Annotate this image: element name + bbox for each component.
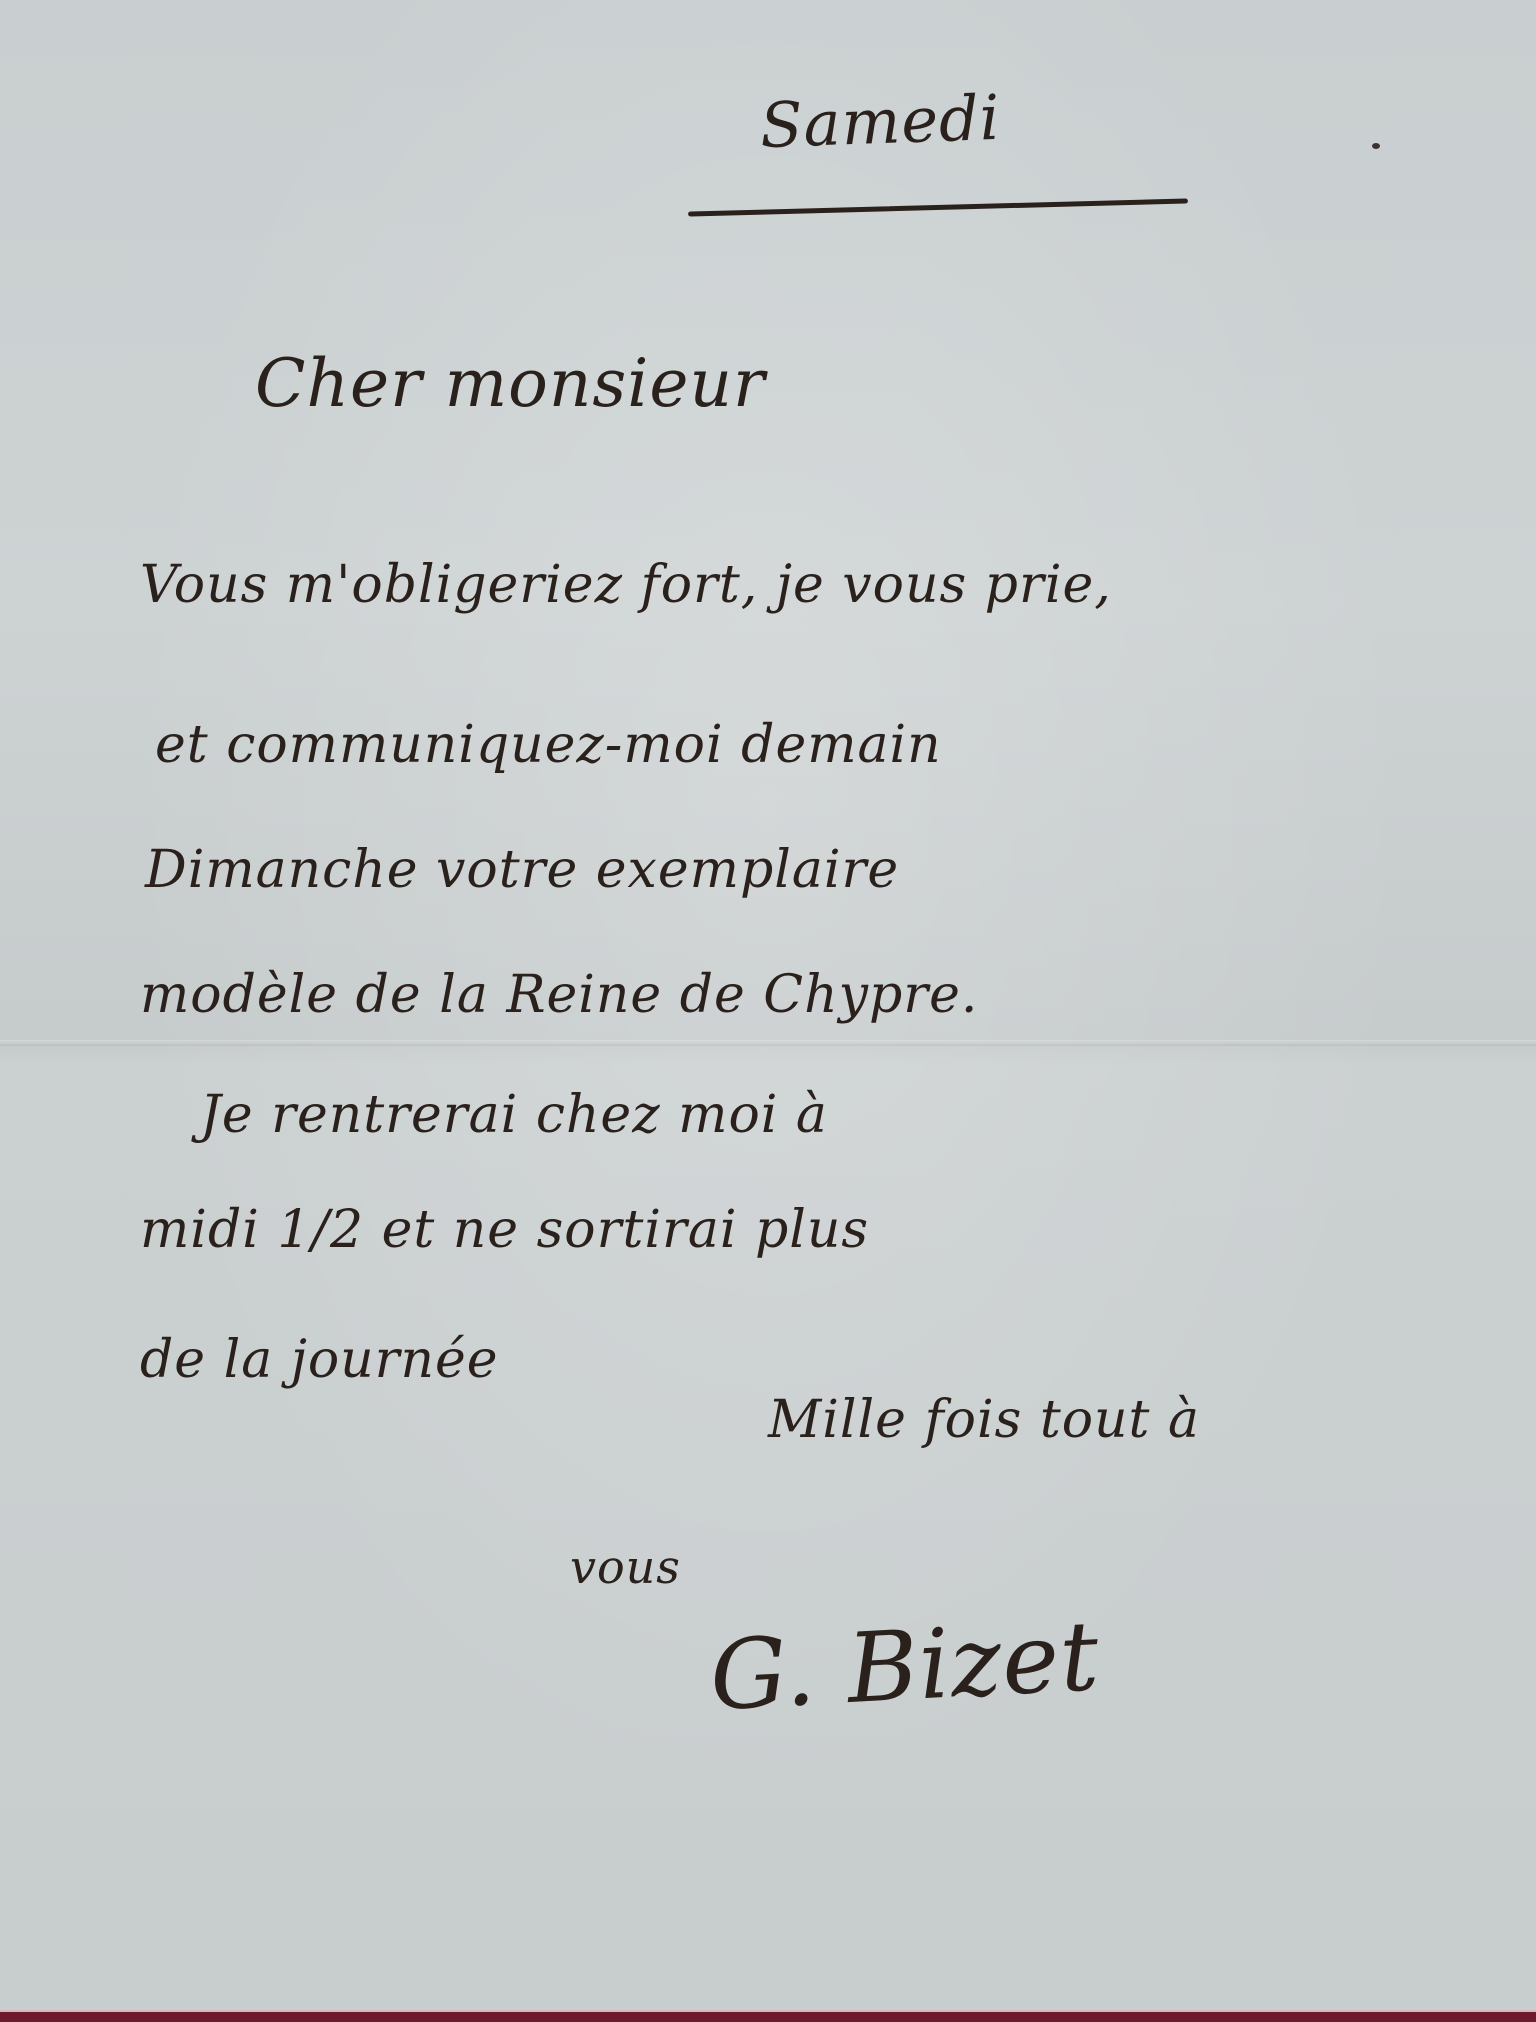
letter-date: Samedi: [759, 81, 1002, 162]
body-line-4: modèle de la Reine de Chypre.: [140, 965, 978, 1025]
date-underline: [688, 198, 1188, 216]
body-line-5: Je rentrerai chez moi à: [200, 1085, 828, 1145]
salutation: Cher monsieur: [255, 345, 766, 422]
body-line-1: Vous m'obligeriez fort, je vous prie,: [140, 555, 1112, 615]
body-line-6: midi 1/2 et ne sortirai plus: [140, 1200, 869, 1260]
body-line-7: de la journée: [140, 1330, 499, 1390]
body-line-2: et communiquez-moi demain: [155, 715, 942, 775]
signature: G. Bizet: [707, 1600, 1102, 1732]
closing-line-2: vous: [570, 1540, 681, 1594]
letter-paper: Samedi Cher monsieur Vous m'obligeriez f…: [0, 0, 1536, 2010]
ink-speck: [1372, 143, 1380, 149]
paper-fold-line: [0, 1040, 1536, 1046]
closing-line-1: Mille fois tout à: [768, 1390, 1200, 1450]
body-line-3: Dimanche votre exemplaire: [145, 840, 899, 900]
frame-edge: [0, 2010, 1536, 2022]
